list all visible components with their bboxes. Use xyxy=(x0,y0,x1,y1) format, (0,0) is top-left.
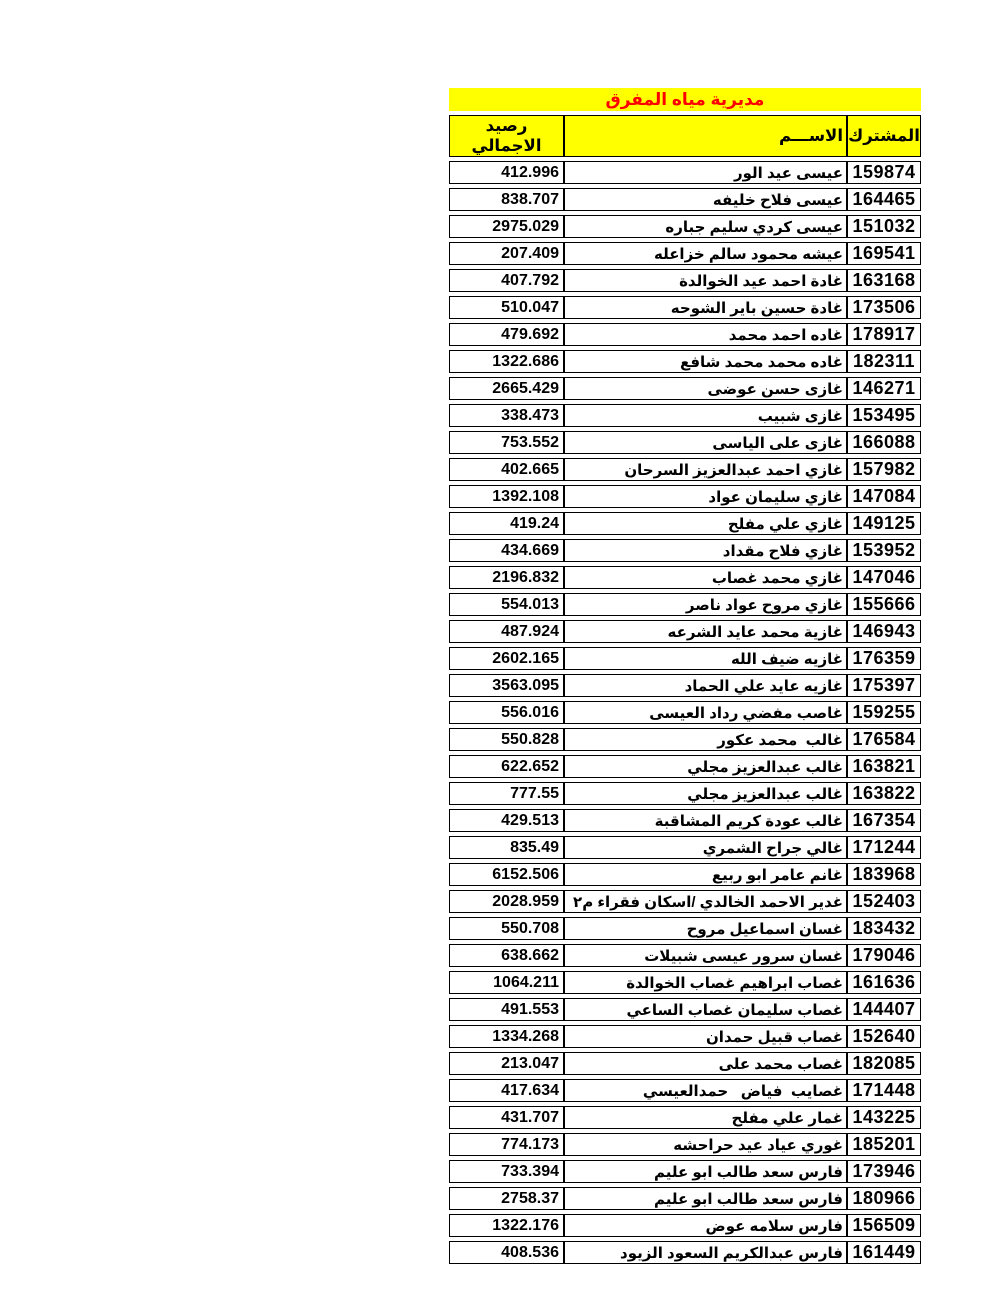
balance-cell: 2758.37 xyxy=(449,1187,564,1210)
table-row: 163821 غالب عبدالعزيز مجلي 622.652 xyxy=(449,755,921,778)
balance-cell: 2028.959 xyxy=(449,890,564,913)
subscriber-cell: 173946 xyxy=(847,1160,921,1183)
name-cell: غالب عودة كريم المشاقبة xyxy=(564,809,847,832)
table-row: 182085 غصاب محمد على 213.047 xyxy=(449,1052,921,1075)
table-row: 143225 غمار علي مفلح 431.707 xyxy=(449,1106,921,1129)
subscriber-cell: 159255 xyxy=(847,701,921,724)
subscribers-table: المشترك الاســـم رصيد الاجمالي 159874 عي… xyxy=(449,111,921,1268)
subscriber-cell: 155666 xyxy=(847,593,921,616)
table-row: 163822 غالب عبدالعزيز مجلي 777.55 xyxy=(449,782,921,805)
balance-cell: 207.409 xyxy=(449,242,564,265)
balance-cell: 774.173 xyxy=(449,1133,564,1156)
table-row: 185201 غوري عياد عيد حراحشه 774.173 xyxy=(449,1133,921,1156)
table-row: 161636 غصاب ابراهيم غصاب الخوالدة 1064.2… xyxy=(449,971,921,994)
table-row: 167354 غالب عودة كريم المشاقبة 429.513 xyxy=(449,809,921,832)
name-cell: غاده احمد محمد xyxy=(564,323,847,346)
name-cell: غصاب محمد على xyxy=(564,1052,847,1075)
subscriber-cell: 183968 xyxy=(847,863,921,886)
name-cell: غسان اسماعيل مروح xyxy=(564,917,847,940)
name-cell: غاده محمد محمد شافع xyxy=(564,350,847,373)
table-row: 183432 غسان اسماعيل مروح 550.708 xyxy=(449,917,921,940)
subscriber-cell: 147046 xyxy=(847,566,921,589)
balance-cell: 1322.176 xyxy=(449,1214,564,1237)
name-cell: غازية محمد عايد الشرعه xyxy=(564,620,847,643)
table-row: 147084 غازي سليمان عواد 1392.108 xyxy=(449,485,921,508)
name-cell: غالب عبدالعزيز مجلي xyxy=(564,755,847,778)
name-cell: غازيه ضيف الله xyxy=(564,647,847,670)
balance-cell: 402.665 xyxy=(449,458,564,481)
balance-cell: 6152.506 xyxy=(449,863,564,886)
table-row: 144407 غصاب سليمان غصاب الساعي 491.553 xyxy=(449,998,921,1021)
balance-cell: 487.924 xyxy=(449,620,564,643)
table-row: 169541 عيشه محمود سالم خزاعله 207.409 xyxy=(449,242,921,265)
column-header-subscriber: المشترك xyxy=(847,115,921,157)
table-row: 153495 غازى شبيب 338.473 xyxy=(449,404,921,427)
name-cell: غازي محمد غصاب xyxy=(564,566,847,589)
table-row: 182311 غاده محمد محمد شافع 1322.686 xyxy=(449,350,921,373)
name-cell: غالي جراح الشمري xyxy=(564,836,847,859)
name-cell: غادة حسين باير الشوحه xyxy=(564,296,847,319)
balance-cell: 429.513 xyxy=(449,809,564,832)
balance-cell: 510.047 xyxy=(449,296,564,319)
name-cell: غوري عياد عيد حراحشه xyxy=(564,1133,847,1156)
subscriber-cell: 161636 xyxy=(847,971,921,994)
table-row: 151032 عيسى كردي سليم جباره 2975.029 xyxy=(449,215,921,238)
subscriber-cell: 157982 xyxy=(847,458,921,481)
table-row: 166088 غازى على الياسى 753.552 xyxy=(449,431,921,454)
balance-cell: 554.013 xyxy=(449,593,564,616)
balance-cell: 1392.108 xyxy=(449,485,564,508)
balance-cell: 1322.686 xyxy=(449,350,564,373)
subscriber-cell: 153952 xyxy=(847,539,921,562)
table-row: 164465 عيسى فلاح خليفه 838.707 xyxy=(449,188,921,211)
subscriber-cell: 173506 xyxy=(847,296,921,319)
name-cell: فارس سعد طالب ابو عليم xyxy=(564,1160,847,1183)
subscriber-cell: 164465 xyxy=(847,188,921,211)
balance-cell: 2196.832 xyxy=(449,566,564,589)
balance-cell: 2602.165 xyxy=(449,647,564,670)
table-row: 152640 غصاب قبيل حمدان 1334.268 xyxy=(449,1025,921,1048)
table-header: المشترك الاســـم رصيد الاجمالي xyxy=(449,115,921,157)
balance-cell: 419.24 xyxy=(449,512,564,535)
table-row: 157982 غازي احمد عبدالعزيز السرحان 402.6… xyxy=(449,458,921,481)
balance-cell: 638.662 xyxy=(449,944,564,967)
table-body: 159874 عيسى عيد الور 412.996 164465 عيسى… xyxy=(449,161,921,1264)
name-cell: غازى حسن عوضى xyxy=(564,377,847,400)
name-cell: غادة احمد عيد الخوالدة xyxy=(564,269,847,292)
table-row: 179046 غسان سرور عيسى شبيلات 638.662 xyxy=(449,944,921,967)
subscriber-cell: 179046 xyxy=(847,944,921,967)
balance-cell: 417.634 xyxy=(449,1079,564,1102)
table-row: 173506 غادة حسين باير الشوحه 510.047 xyxy=(449,296,921,319)
table-row: 156509 فارس سلامه عوض 1322.176 xyxy=(449,1214,921,1237)
table-row: 149125 غازي علي مفلح 419.24 xyxy=(449,512,921,535)
name-cell: عيسى عيد الور xyxy=(564,161,847,184)
balance-cell: 733.394 xyxy=(449,1160,564,1183)
name-cell: غصاب قبيل حمدان xyxy=(564,1025,847,1048)
balance-cell: 412.996 xyxy=(449,161,564,184)
table-row: 163168 غادة احمد عيد الخوالدة 407.792 xyxy=(449,269,921,292)
subscriber-cell: 147084 xyxy=(847,485,921,508)
name-cell: غسان سرور عيسى شبيلات xyxy=(564,944,847,967)
subscriber-cell: 152403 xyxy=(847,890,921,913)
subscriber-cell: 171244 xyxy=(847,836,921,859)
table-row: 183968 غانم عامر ابو ربيع 6152.506 xyxy=(449,863,921,886)
subscriber-cell: 152640 xyxy=(847,1025,921,1048)
balance-cell: 338.473 xyxy=(449,404,564,427)
table-row: 146943 غازية محمد عايد الشرعه 487.924 xyxy=(449,620,921,643)
balance-cell: 1334.268 xyxy=(449,1025,564,1048)
table-row: 178917 غاده احمد محمد 479.692 xyxy=(449,323,921,346)
balance-cell: 777.55 xyxy=(449,782,564,805)
balance-cell: 479.692 xyxy=(449,323,564,346)
subscriber-cell: 167354 xyxy=(847,809,921,832)
name-cell: غصاب سليمان غصاب الساعي xyxy=(564,998,847,1021)
name-cell: غازي سليمان عواد xyxy=(564,485,847,508)
table-row: 155666 غازي مروح عواد ناصر 554.013 xyxy=(449,593,921,616)
name-cell: غدير الاحمد الخالدي /اسكان فقراء م٢ xyxy=(564,890,847,913)
table-row: 159874 عيسى عيد الور 412.996 xyxy=(449,161,921,184)
subscriber-cell: 159874 xyxy=(847,161,921,184)
balance-cell: 408.536 xyxy=(449,1241,564,1264)
subscriber-cell: 169541 xyxy=(847,242,921,265)
name-cell: غازي مروح عواد ناصر xyxy=(564,593,847,616)
subscriber-cell: 166088 xyxy=(847,431,921,454)
subscriber-cell: 183432 xyxy=(847,917,921,940)
name-cell: عيسى كردي سليم جباره xyxy=(564,215,847,238)
column-header-balance: رصيد الاجمالي xyxy=(449,115,564,157)
table-row: 152403 غدير الاحمد الخالدي /اسكان فقراء … xyxy=(449,890,921,913)
subscriber-cell: 163821 xyxy=(847,755,921,778)
balance-cell: 835.49 xyxy=(449,836,564,859)
subscriber-cell: 146943 xyxy=(847,620,921,643)
balance-cell: 550.828 xyxy=(449,728,564,751)
balance-cell: 431.707 xyxy=(449,1106,564,1129)
subscriber-cell: 161449 xyxy=(847,1241,921,1264)
balance-cell: 556.016 xyxy=(449,701,564,724)
balance-cell: 1064.211 xyxy=(449,971,564,994)
name-cell: فارس سلامه عوض xyxy=(564,1214,847,1237)
table-row: 180966 فارس سعد طالب ابو عليم 2758.37 xyxy=(449,1187,921,1210)
subscriber-cell: 180966 xyxy=(847,1187,921,1210)
name-cell: غمار علي مفلح xyxy=(564,1106,847,1129)
name-cell: غازي احمد عبدالعزيز السرحان xyxy=(564,458,847,481)
balance-cell: 434.669 xyxy=(449,539,564,562)
subscriber-cell: 163168 xyxy=(847,269,921,292)
table-row: 159255 غاصب مفضي رداد العيسى 556.016 xyxy=(449,701,921,724)
table-row: 147046 غازي محمد غصاب 2196.832 xyxy=(449,566,921,589)
page-title: مديرية مياه المفرق xyxy=(449,88,921,111)
subscriber-cell: 149125 xyxy=(847,512,921,535)
subscriber-cell: 153495 xyxy=(847,404,921,427)
balance-cell: 622.652 xyxy=(449,755,564,778)
balance-cell: 491.553 xyxy=(449,998,564,1021)
name-cell: غازي علي مفلح xyxy=(564,512,847,535)
table-row: 175397 غازيه عايد علي الحماد 3563.095 xyxy=(449,674,921,697)
subscriber-cell: 182311 xyxy=(847,350,921,373)
subscriber-cell: 146271 xyxy=(847,377,921,400)
name-cell: غازيه عايد علي الحماد xyxy=(564,674,847,697)
table-row: 173946 فارس سعد طالب ابو عليم 733.394 xyxy=(449,1160,921,1183)
name-cell: غاصب مفضي رداد العيسى xyxy=(564,701,847,724)
name-cell: غصاب ابراهيم غصاب الخوالدة xyxy=(564,971,847,994)
name-cell: غالب عبدالعزيز مجلي xyxy=(564,782,847,805)
subscriber-cell: 176359 xyxy=(847,647,921,670)
subscriber-cell: 171448 xyxy=(847,1079,921,1102)
name-cell: فارس عبدالكريم السعود الزيود xyxy=(564,1241,847,1264)
name-cell: عيشه محمود سالم خزاعله xyxy=(564,242,847,265)
name-cell: غازى على الياسى xyxy=(564,431,847,454)
table-row: 161449 فارس عبدالكريم السعود الزيود 408.… xyxy=(449,1241,921,1264)
subscriber-cell: 176584 xyxy=(847,728,921,751)
balance-cell: 838.707 xyxy=(449,188,564,211)
table-row: 146271 غازى حسن عوضى 2665.429 xyxy=(449,377,921,400)
subscriber-cell: 178917 xyxy=(847,323,921,346)
column-header-name: الاســـم xyxy=(564,115,847,157)
subscriber-cell: 143225 xyxy=(847,1106,921,1129)
subscriber-cell: 185201 xyxy=(847,1133,921,1156)
name-cell: عيسى فلاح خليفه xyxy=(564,188,847,211)
header-row: المشترك الاســـم رصيد الاجمالي xyxy=(449,115,921,157)
balance-cell: 213.047 xyxy=(449,1052,564,1075)
subscriber-cell: 175397 xyxy=(847,674,921,697)
name-cell: فارس سعد طالب ابو عليم xyxy=(564,1187,847,1210)
balance-cell: 407.792 xyxy=(449,269,564,292)
subscriber-cell: 156509 xyxy=(847,1214,921,1237)
subscriber-cell: 182085 xyxy=(847,1052,921,1075)
water-directorate-sheet: مديرية مياه المفرق المشترك الاســـم رصيد… xyxy=(449,88,921,1268)
balance-cell: 2665.429 xyxy=(449,377,564,400)
name-cell: غصايب فياض حمدالعيسي xyxy=(564,1079,847,1102)
name-cell: غازي فلاح مقداد xyxy=(564,539,847,562)
table-row: 153952 غازي فلاح مقداد 434.669 xyxy=(449,539,921,562)
subscriber-cell: 163822 xyxy=(847,782,921,805)
balance-cell: 753.552 xyxy=(449,431,564,454)
table-row: 176359 غازيه ضيف الله 2602.165 xyxy=(449,647,921,670)
subscriber-cell: 144407 xyxy=(847,998,921,1021)
table-row: 171244 غالي جراح الشمري 835.49 xyxy=(449,836,921,859)
balance-cell: 2975.029 xyxy=(449,215,564,238)
balance-cell: 550.708 xyxy=(449,917,564,940)
table-row: 176584 غالب محمد عكور 550.828 xyxy=(449,728,921,751)
name-cell: غالب محمد عكور xyxy=(564,728,847,751)
balance-cell: 3563.095 xyxy=(449,674,564,697)
subscriber-cell: 151032 xyxy=(847,215,921,238)
name-cell: غازى شبيب xyxy=(564,404,847,427)
table-row: 171448 غصايب فياض حمدالعيسي 417.634 xyxy=(449,1079,921,1102)
name-cell: غانم عامر ابو ربيع xyxy=(564,863,847,886)
